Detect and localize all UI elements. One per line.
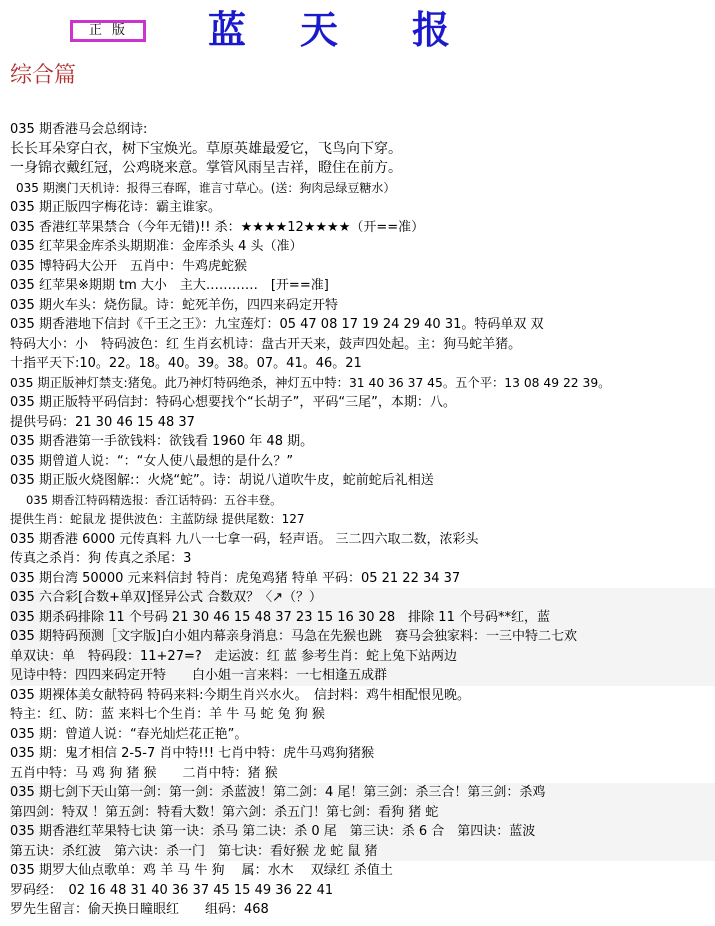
text-line: 十指平天下:10。22。18。40。39。38。07。41。46。21 — [10, 354, 715, 374]
text-line: 035 博特码大公开 五肖中：牛鸡虎蛇猴 — [10, 257, 715, 277]
masthead-title: 蓝 天 报 — [150, 6, 470, 56]
section-title: 综合篇 — [10, 62, 76, 90]
text-line: 035 红苹果※期期 tm 大小 主大………… [开==准] — [10, 276, 715, 296]
text-line: 特码大小：小 特码波色：红 生肖玄机诗：盘古开天来，鼓声四处起。主：狗马蛇羊猪。 — [10, 335, 715, 355]
text-line: 035 期七剑下天山第一剑：第一剑：杀蓝波！第二剑：4 尾！第三剑：杀三合！第三… — [10, 783, 715, 803]
text-line: 035 期澳门天机诗：报得三春晖，谁言寸草心。(送：狗肉忌绿豆糖水） — [10, 179, 715, 199]
text-line: 035 期正版火烧图解:：火烧“蛇”。诗：胡说八道吹牛皮，蛇前蛇后礼相送 — [10, 471, 715, 491]
masthead-char-2: 天 — [300, 6, 338, 54]
text-line: 见诗中特：四四来码定开特 白小姐一言来料：一七相逢五成群 — [10, 666, 715, 686]
text-line: 035 期特码预测［文字版]白小姐内幕亲身消息：马急在先猴也跳 赛马会独家料：一… — [10, 627, 715, 647]
text-line: 035 期香港红苹果特七诀 第一诀：杀马 第二诀：杀 0 尾 第三诀：杀 6 合… — [10, 822, 715, 842]
text-line: 035 红苹果金库杀头期期准：金库杀头 4 头（准） — [10, 237, 715, 257]
text-line: 035 期香港地下信封《千王之王》：九宝莲灯：05 47 08 17 19 24… — [10, 315, 715, 335]
text-line: 035 期曾道人说：“：“女人使八最想的是什么？” — [10, 452, 715, 472]
text-line: 第四剑：特双 ！第五剑：特看大数！第六剑：杀五门！第七剑：看狗 猪 蛇 — [10, 803, 715, 823]
text-line: 第五诀：杀红波 第六诀：杀一门 第七诀：看好猴 龙 蛇 鼠 猪 — [10, 842, 715, 862]
text-line: 罗先生留言：偷天换日瞳眼红 组码：468 — [10, 900, 715, 920]
text-line: 035 期香江特码精选报：香江话特码：五谷丰登。 — [10, 491, 715, 511]
text-line: 特主：红、防：蓝 来料七个生肖：羊 牛 马 蛇 兔 狗 猴 — [10, 705, 715, 725]
edition-badge: 正版 — [70, 20, 146, 42]
text-line: 035 期正版神灯禁支:猪兔。此乃神灯特码绝杀，神灯五中特：31 40 36 3… — [10, 374, 715, 394]
text-line: 提供号码：21 30 46 15 48 37 — [10, 413, 715, 433]
text-line: 五肖中特：马 鸡 狗 猪 猴 二肖中特：猪 猴 — [10, 764, 715, 784]
text-line: 035 期香港第一手欲钱料：欲钱看 1960 年 48 期。 — [10, 432, 715, 452]
text-line: 035 六合彩[合数+单双]怪异公式 合数双？〈↗（？） — [10, 588, 715, 608]
masthead-char-1: 蓝 — [208, 6, 246, 54]
text-line: 035 期台湾 50000 元来料信封 特肖：虎兔鸡猪 特单 平码：05 21 … — [10, 569, 715, 589]
text-line: 一身锦衣戴红冠，公鸡晓来意。掌管风雨呈吉祥，瞪住在前方。 — [10, 159, 715, 179]
text-line: 单双诀：单 特码段：11+27=? 走运波：红 蓝 参考生肖：蛇上兔下站两边 — [10, 647, 715, 667]
text-line: 035 期裸体美女献特码 特码来料:今期生肖兴水火。 信封料：鸡牛相配恨见晚。 — [10, 686, 715, 706]
text-line: 035 期香港 6000 元传真料 九八一七拿一码，轻声语。 三二四六取二数，浓… — [10, 530, 715, 550]
text-line: 035 期罗大仙点歌单：鸡 羊 马 牛 狗 属：水木 双绿红 杀值土 — [10, 861, 715, 881]
text-line: 035 期：鬼才相信 2-5-7 肖中特!!! 七肖中特：虎牛马鸡狗猪猴 — [10, 744, 715, 764]
text-line: 035 期香港马会总纲诗: — [10, 120, 715, 140]
masthead-char-3: 报 — [412, 6, 450, 54]
text-line: 035 期正版特平码信封：特码心想要找个“长胡子”，平码“三尾”，本期：八。 — [10, 393, 715, 413]
text-line: 035 期杀码排除 11 个号码 21 30 46 15 48 37 23 15… — [10, 608, 715, 628]
text-line: 035 期：曾道人说：“春光灿烂花正艳”。 — [10, 725, 715, 745]
text-line: 035 期正版四字梅花诗：霸主谁家。 — [10, 198, 715, 218]
text-line: 035 期火车头：烧伤鼠。诗：蛇死羊伤，四四来码定开特 — [10, 296, 715, 316]
article-body: 035 期香港马会总纲诗: 长长耳朵穿白衣，树下宝焕光。草原英雄最爱它，飞鸟向下… — [10, 120, 715, 920]
text-line: 长长耳朵穿白衣，树下宝焕光。草原英雄最爱它，飞鸟向下穿。 — [10, 140, 715, 160]
text-line: 罗码经： 02 16 48 31 40 36 37 45 15 49 36 22… — [10, 881, 715, 901]
text-line: 035 香港红苹果禁合（今年无错)!! 杀：★★★★12★★★★（开==准） — [10, 218, 715, 238]
text-line: 提供生肖：蛇鼠龙 提供波色：主蓝防绿 提供尾数：127 — [10, 510, 715, 530]
text-line: 传真之杀肖：狗 传真之杀尾：3 — [10, 549, 715, 569]
